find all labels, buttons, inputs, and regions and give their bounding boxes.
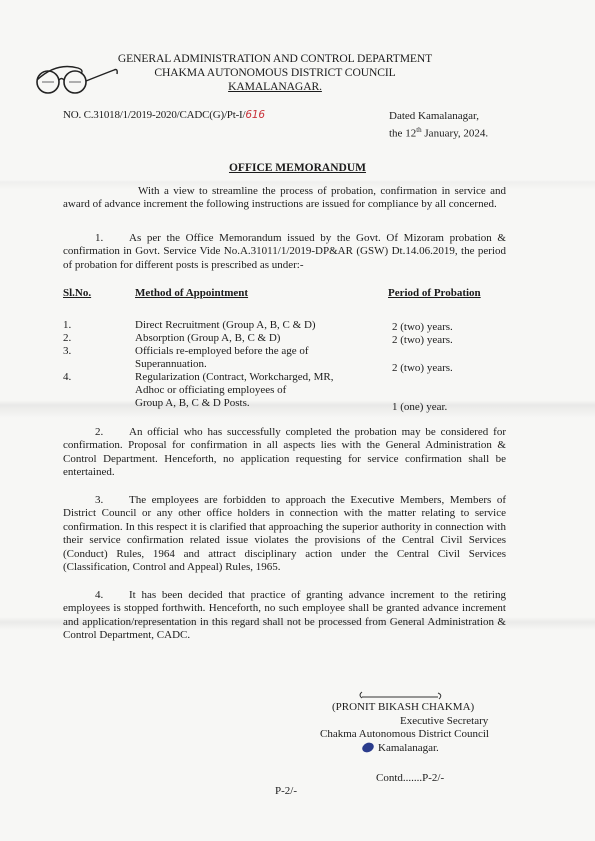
header-period: Period of Probation bbox=[388, 287, 481, 300]
reference-number: NO. C.31018/1/2019-2020/CADC(G)/Pt-I/616 bbox=[63, 109, 265, 121]
cell-sl-no: 3. bbox=[63, 345, 71, 358]
paragraph-4: 4.It has been decided that practice of g… bbox=[63, 589, 506, 643]
signatory-name: (PRONIT BIKASH CHAKMA) bbox=[320, 701, 489, 715]
dated-place: Dated Kamalanagar, bbox=[389, 109, 488, 123]
spectacles-emblem-icon bbox=[26, 58, 122, 96]
header-method: Method of Appointment bbox=[135, 287, 248, 300]
signature-block: (PRONIT BIKASH CHAKMA) Executive Secreta… bbox=[320, 701, 489, 755]
table-row: 2.Absorption (Group A, B, C & D)2 (two) … bbox=[63, 332, 506, 345]
table-row: 1.Direct Recruitment (Group A, B, C & D)… bbox=[63, 319, 506, 332]
cell-method: Regularization (Contract, Workcharged, M… bbox=[135, 371, 365, 410]
continued-note: Contd.......P-2/- bbox=[376, 772, 444, 784]
department-header: GENERAL ADMINISTRATION AND CONTROL DEPAR… bbox=[110, 52, 440, 94]
signature-scribble-icon bbox=[356, 690, 446, 700]
dated-date: the 12th January, 2024. bbox=[389, 123, 488, 141]
cell-sl-no: 4. bbox=[63, 371, 71, 384]
header-place: KAMALANAGAR. bbox=[110, 80, 440, 94]
document-page: GENERAL ADMINISTRATION AND CONTROL DEPAR… bbox=[0, 0, 595, 841]
next-page-marker: P-2/- bbox=[275, 785, 297, 797]
signatory-place: Kamalanagar. bbox=[320, 742, 489, 756]
probation-table: Sl.No. Method of Appointment Period of P… bbox=[63, 287, 506, 319]
ink-stamp-icon bbox=[361, 740, 376, 753]
signatory-council: Chakma Autonomous District Council bbox=[320, 728, 489, 742]
header-sl-no: Sl.No. bbox=[63, 287, 91, 300]
table-row: 4.Regularization (Contract, Workcharged,… bbox=[63, 371, 506, 410]
paragraph-1: 1.As per the Office Memorandum issued by… bbox=[63, 232, 506, 272]
council-name: CHAKMA AUTONOMOUS DISTRICT COUNCIL bbox=[110, 66, 440, 80]
reference-number-prefix: NO. C.31018/1/2019-2020/CADC(G)/Pt-I/ bbox=[63, 109, 245, 121]
table-row: 3.Officials re-employed before the age o… bbox=[63, 345, 506, 371]
department-name: GENERAL ADMINISTRATION AND CONTROL DEPAR… bbox=[110, 52, 440, 66]
table-header: Sl.No. Method of Appointment Period of P… bbox=[63, 287, 506, 307]
intro-paragraph: With a view to streamline the process of… bbox=[63, 185, 506, 212]
cell-sl-no: 1. bbox=[63, 319, 71, 332]
cell-method: Direct Recruitment (Group A, B, C & D) bbox=[135, 319, 365, 332]
cell-method: Absorption (Group A, B, C & D) bbox=[135, 332, 365, 345]
memo-title: OFFICE MEMORANDUM bbox=[0, 162, 595, 174]
handwritten-number: 616 bbox=[245, 109, 264, 121]
cell-sl-no: 2. bbox=[63, 332, 71, 345]
paragraph-3: 3.The employees are forbidden to approac… bbox=[63, 494, 506, 574]
cell-period: 1 (one) year. bbox=[392, 401, 447, 414]
cell-method: Officials re-employed before the age ofS… bbox=[135, 345, 365, 371]
paragraph-2: 2.An official who has successfully compl… bbox=[63, 426, 506, 480]
date-block: Dated Kamalanagar, the 12th January, 202… bbox=[389, 109, 488, 141]
signatory-designation: Executive Secretary bbox=[320, 715, 489, 729]
